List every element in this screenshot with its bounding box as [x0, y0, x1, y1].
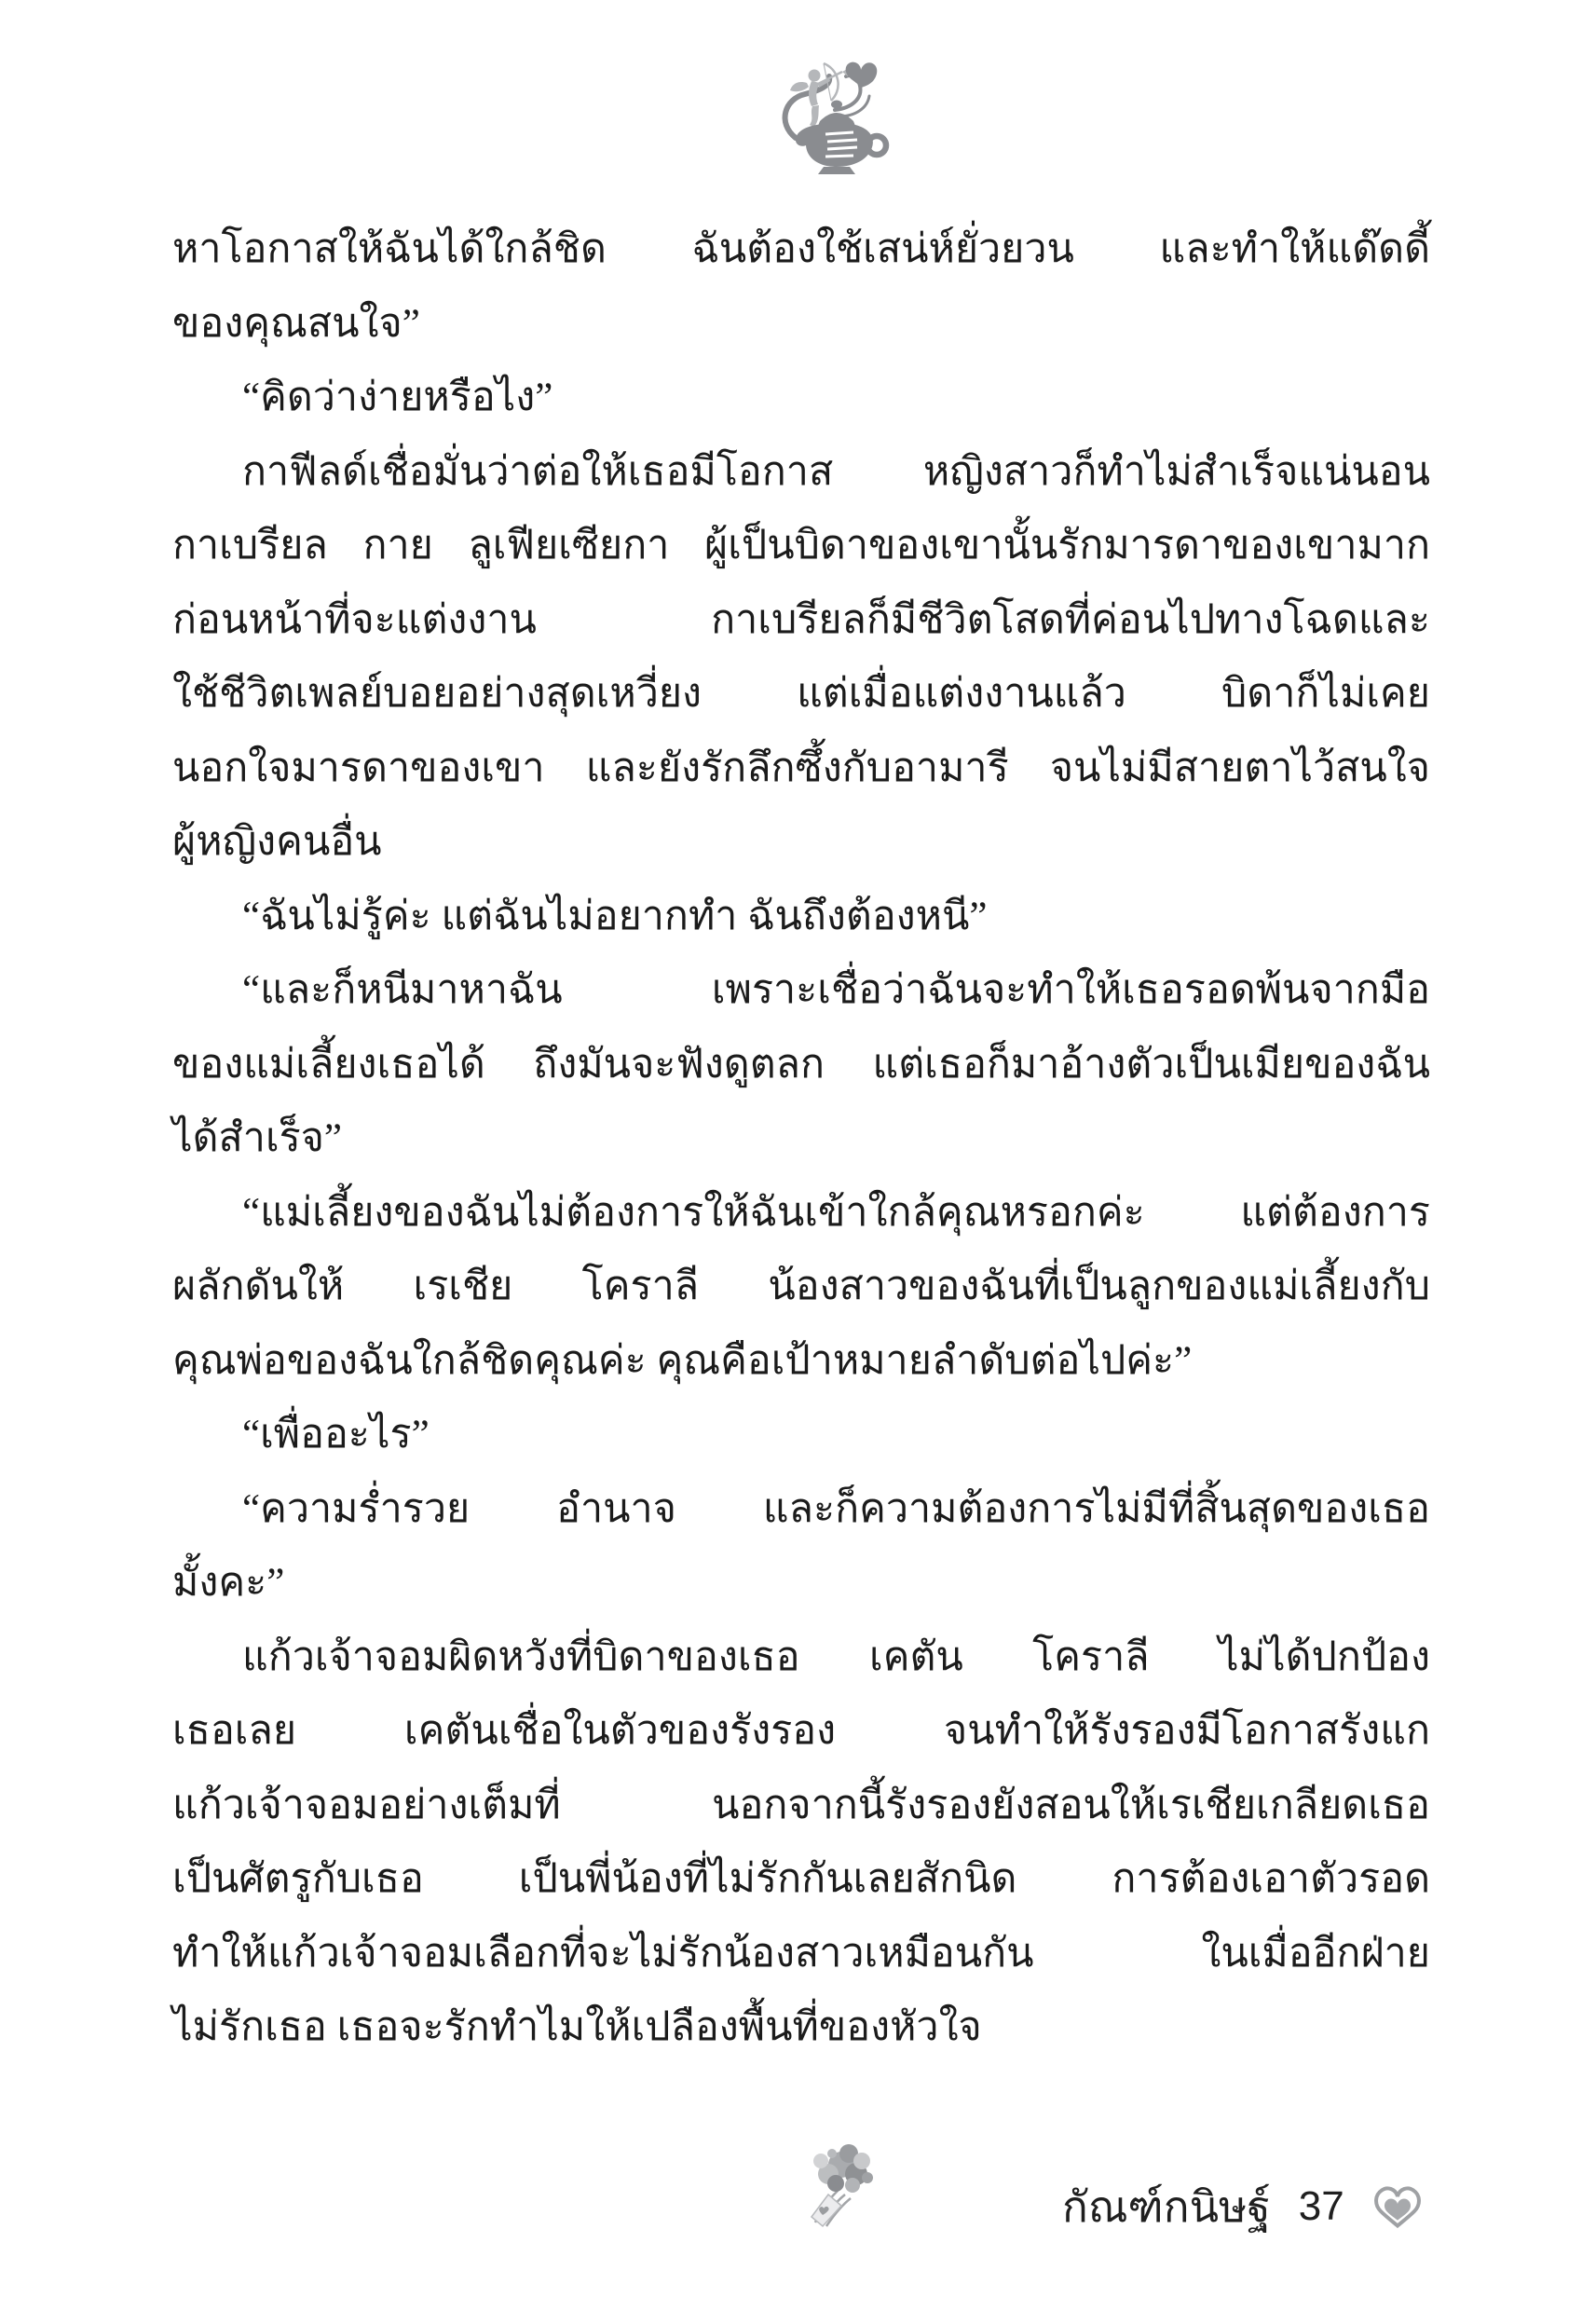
page-number: 37 [1299, 2183, 1344, 2230]
text-line: กาฟีลด์เชื่อมั่นว่าต่อให้เธอมีโอกาส หญิง… [172, 435, 1430, 510]
text-line: เป็นศัตรูกับเธอ เป็นพี่น้องที่ไม่รักกันเ… [172, 1842, 1430, 1917]
text-line: กาเบรียล กาย ลูเฟียเซียกา ผู้เป็นบิดาของ… [172, 509, 1430, 583]
text-line: ใช้ชีวิตเพลย์บอยอย่างสุดเหวี่ยง แต่เมื่อ… [172, 657, 1430, 732]
book-page: หาโอกาสให้ฉันได้ใกล้ชิด ฉันต้องใช้เสน่ห์… [0, 0, 1596, 2311]
page-text: หาโอกาสให้ฉันได้ใกล้ชิด ฉันต้องใช้เสน่ห์… [172, 212, 1430, 2065]
text-line: แก้วเจ้าจอมผิดหวังที่บิดาของเธอ เคตัน โค… [172, 1620, 1430, 1695]
text-line: ก่อนหน้าที่จะแต่งงาน กาเบรียลก็มีชีวิตโส… [172, 583, 1430, 658]
text-line: แก้วเจ้าจอมอย่างเต็มที่ นอกจากนี้รังรองย… [172, 1769, 1430, 1843]
text-line: “และก็หนีมาหาฉัน เพราะเชื่อว่าฉันจะทำให้… [172, 953, 1430, 1028]
bouquet-blooms [813, 2144, 873, 2193]
text-line: เธอเลย เคตันเชื่อในตัวของรังรอง จนทำให้ร… [172, 1694, 1430, 1769]
text-line: นอกใจมารดาของเขา และยังรักลึกซึ้งกับอามา… [172, 732, 1430, 806]
text-line: “ความร่ำรวย อำนาจ และก็ความต้องการไม่มีท… [172, 1472, 1430, 1547]
footer: กัณฑ์กนิษฐ์ 37 [1062, 2173, 1423, 2240]
lamp-cupid-ornament-icon [781, 52, 894, 175]
text-line: “เพื่ออะไร” [172, 1398, 1430, 1472]
text-line: “แม่เลี้ยงของฉันไม่ต้องการให้ฉันเข้าใกล้… [172, 1176, 1430, 1251]
text-line: “ฉันไม่รู้ค่ะ แต่ฉันไม่อยากทำ ฉันถึงต้อง… [172, 880, 1430, 954]
text-line: ผลักดันให้ เรเชีย โคราลี น้องสาวของฉันที… [172, 1250, 1430, 1324]
text-line: ของคุณสนใจ” [172, 287, 1430, 362]
book-title: กัณฑ์กนิษฐ์ [1062, 2173, 1271, 2241]
double-heart-icon [1372, 2181, 1423, 2233]
text-line: ทำให้แก้วเจ้าจอมเลือกที่จะไม่รักน้องสาวเ… [172, 1917, 1430, 1991]
heart-icon [846, 62, 878, 88]
text-line: ของแม่เลี้ยงเธอได้ ถึงมันจะฟังดูตลก แต่เ… [172, 1028, 1430, 1102]
text-line: ได้สำเร็จ” [172, 1101, 1430, 1176]
text-line: ไม่รักเธอ เธอจะรักทำไมให้เปลืองพื้นที่ขอ… [172, 1990, 1430, 2065]
text-line: มั้งคะ” [172, 1546, 1430, 1620]
text-line: “คิดว่าง่ายหรือไง” [172, 361, 1430, 435]
flower-bouquet-icon [787, 2137, 890, 2230]
genie-lamp-icon [796, 101, 886, 175]
text-line: หาโอกาสให้ฉันได้ใกล้ชิด ฉันต้องใช้เสน่ห์… [172, 212, 1430, 287]
text-line: คุณพ่อของฉันใกล้ชิดคุณค่ะ คุณคือเป้าหมาย… [172, 1324, 1430, 1399]
text-line: ผู้หญิงคนอื่น [172, 805, 1430, 880]
